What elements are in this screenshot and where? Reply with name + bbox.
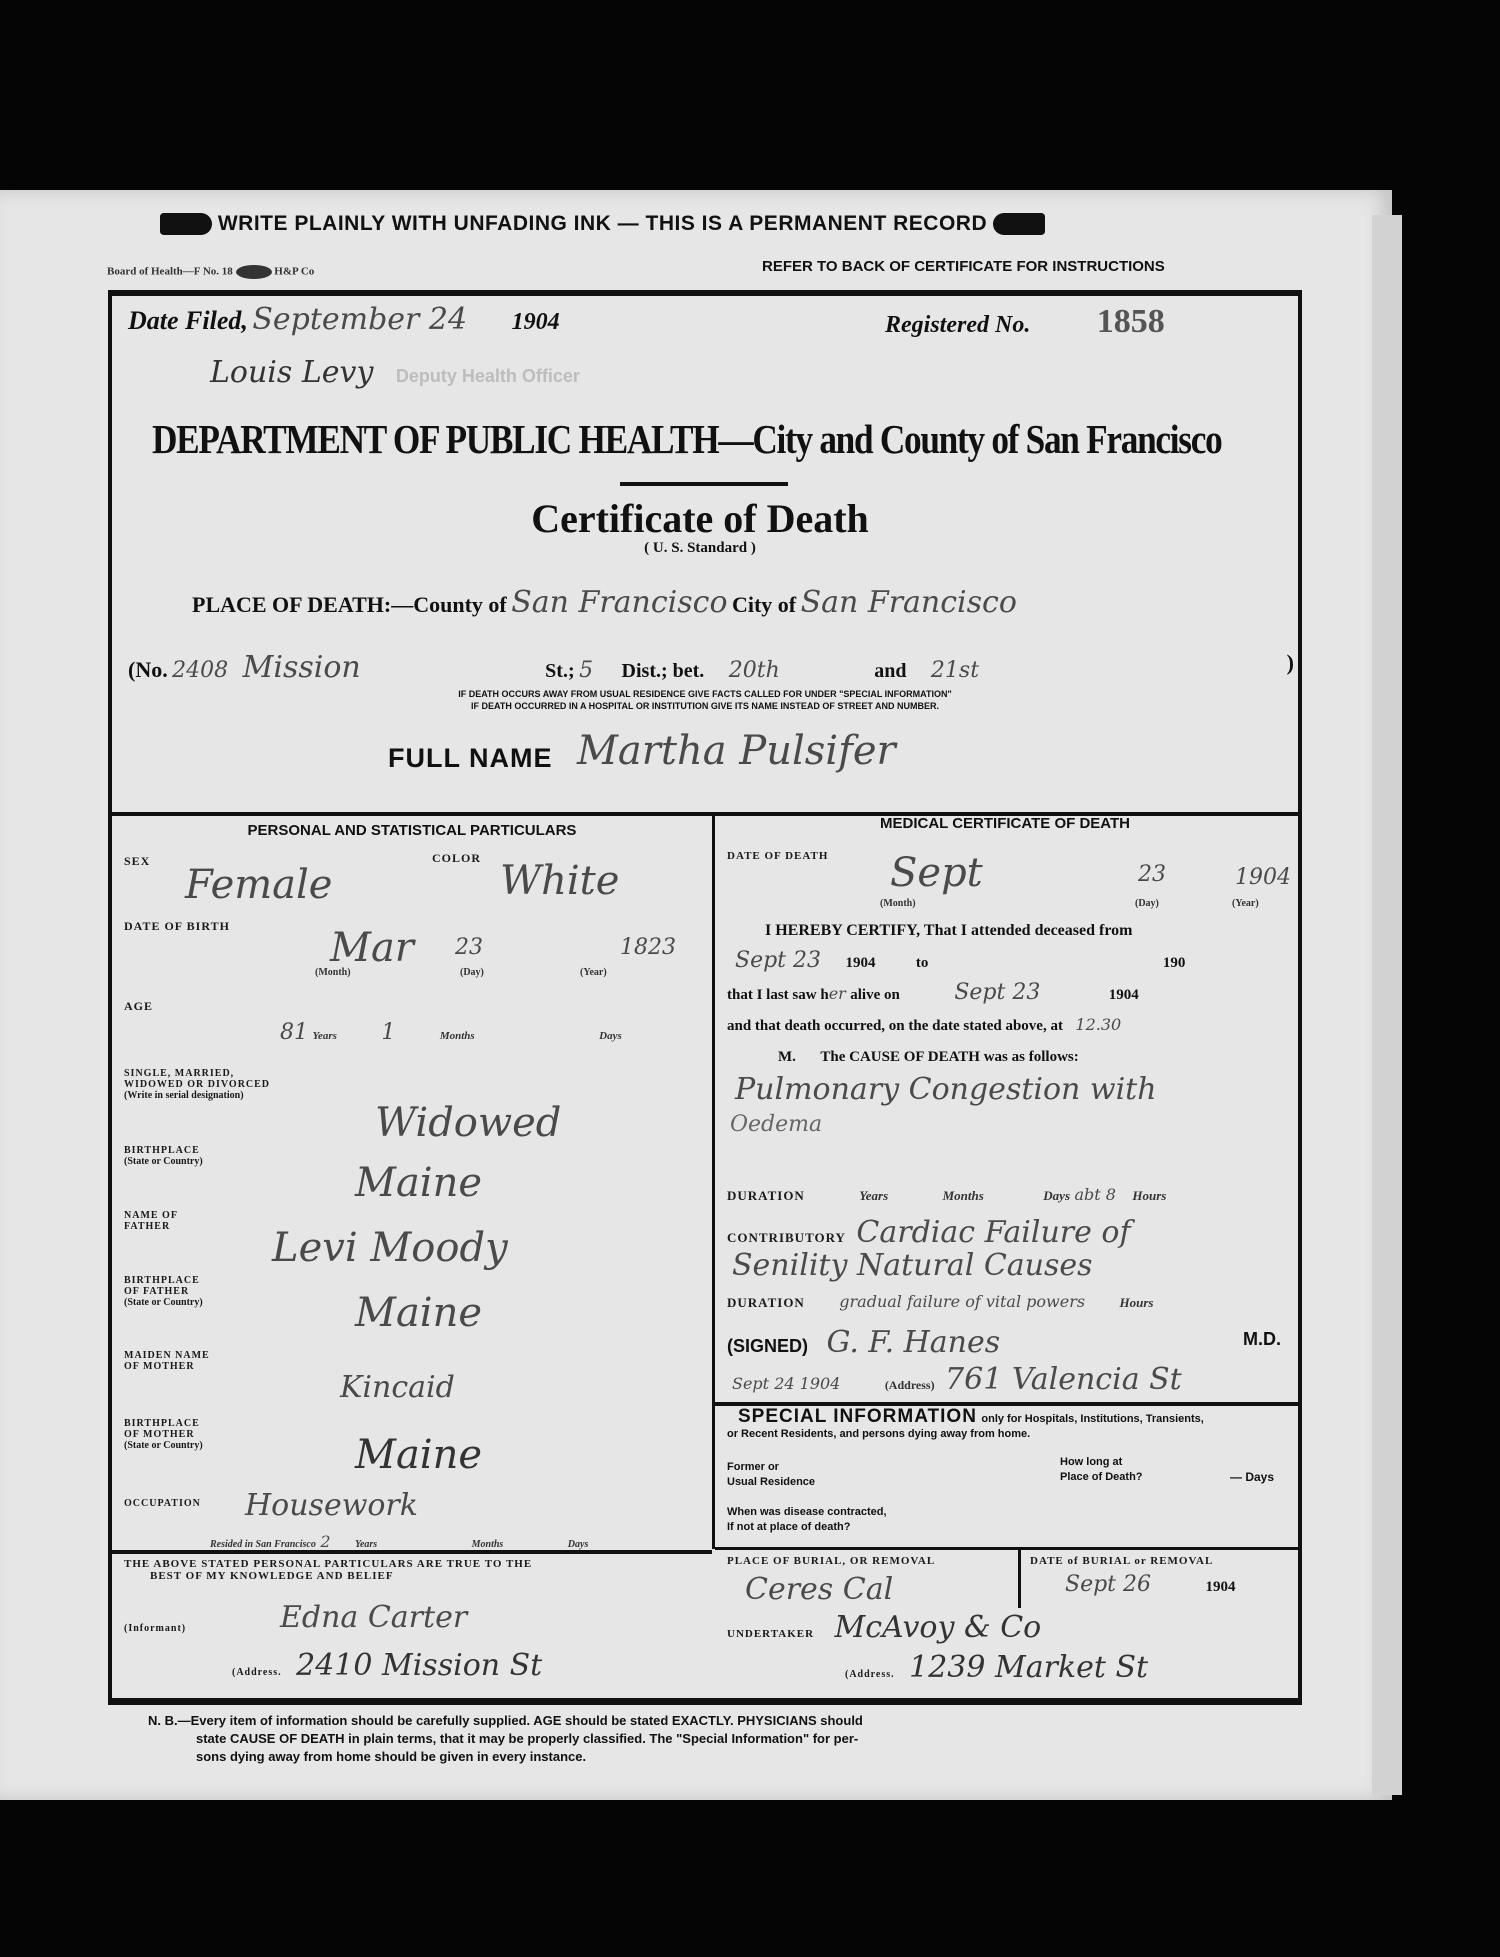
father-name-label: NAME OF FATHER	[124, 1210, 178, 1232]
undertaker: UNDERTAKER McAvoy & Co	[727, 1610, 1041, 1645]
cause-of-death-value-2: Oedema	[730, 1112, 822, 1137]
mother-name-value: Kincaid	[340, 1370, 455, 1405]
column-divider	[712, 814, 715, 1549]
burial-divider	[715, 1547, 1300, 1550]
physician-address-value: 761 Valencia St	[945, 1362, 1182, 1397]
marital-value: Widowed	[375, 1100, 561, 1146]
district-value: 5	[579, 658, 593, 683]
full-name: FULL NAME Martha Pulsifer	[388, 728, 896, 774]
form-id: Board of Health—F No. 18 H&P Co	[107, 265, 314, 279]
officer-title-stamp: Deputy Health Officer	[396, 366, 580, 386]
contributory-row: CONTRIBUTORY Cardiac Failure of	[727, 1215, 1131, 1250]
resided-years-value: 2	[320, 1532, 330, 1551]
attended-period: Sept 23 1904 to 190	[735, 948, 1185, 973]
title-divider	[620, 482, 788, 486]
cause-of-death-label: M. The CAUSE OF DEATH was as follows:	[778, 1048, 1079, 1066]
duration-row-2: DURATION gradual failure of vital powers…	[727, 1292, 1287, 1312]
contributory-value: Cardiac Failure of	[856, 1215, 1130, 1250]
duration-value: abt 8	[1074, 1185, 1115, 1204]
instructions-note: REFER TO BACK OF CERTIFICATE FOR INSTRUC…	[762, 258, 1165, 275]
color-value: White	[500, 858, 619, 904]
union-label-seal-icon	[236, 265, 272, 279]
place-note: IF DEATH OCCURS AWAY FROM USUAL RESIDENC…	[280, 688, 1130, 712]
last-seen-alive: that I last saw her alive on Sept 23 190…	[727, 980, 1139, 1005]
street-no-value: 2408	[172, 658, 228, 683]
informant-address-value: 2410 Mission St	[296, 1648, 542, 1683]
registered-number: Registered No. 1858	[885, 303, 1165, 341]
undertaker-address: (Address. 1239 Market St	[845, 1650, 1148, 1685]
physician-signature: (SIGNED) G. F. Hanes M.D.	[727, 1325, 1287, 1360]
date-filed-value: September 24	[252, 302, 467, 337]
street-value: Mission	[243, 650, 361, 685]
dod-day-value: 23	[1138, 862, 1166, 887]
banner: WRITE PLAINLY WITH UNFADING INK — THIS I…	[160, 212, 1260, 236]
undertaker-value: McAvoy & Co	[834, 1610, 1041, 1645]
cause-of-death-value: Pulmonary Congestion with	[735, 1072, 1157, 1107]
street-address: (No. 2408 Mission St.; 5 Dist.; bet. 20t…	[128, 650, 1298, 685]
father-birthplace-label: BIRTHPLACE OF FATHER (State or Country)	[124, 1275, 203, 1308]
mother-birthplace-value: Maine	[355, 1432, 482, 1478]
signed-date-value: Sept 24 1904	[732, 1374, 840, 1393]
dob-year-value: 1823	[620, 935, 676, 960]
attended-from-value: Sept 23	[735, 948, 821, 973]
age-value: 81 Years 1 Months Days	[280, 1020, 622, 1045]
burial-column-divider	[1018, 1548, 1021, 1608]
dod-label: DATE OF DEATH	[727, 850, 828, 863]
dod-month-value: Sept	[890, 850, 983, 896]
burial-date-value: Sept 26	[1065, 1572, 1151, 1597]
banner-text: WRITE PLAINLY WITH UNFADING INK — THIS I…	[218, 212, 987, 235]
marital-label: SINGLE, MARRIED, WIDOWED OR DIVORCED (Wr…	[124, 1068, 270, 1101]
duration-row: DURATION Years Months Days abt 8 Hours	[727, 1185, 1287, 1205]
informant-label: (Informant)	[124, 1622, 186, 1635]
residence-duration: Resided in San Francisco 2 Years Months …	[210, 1532, 588, 1552]
color-label: COLOR	[432, 852, 481, 865]
disease-contracted-label: When was disease contracted, If not at p…	[727, 1505, 887, 1535]
certificate-title: Certificate of Death	[0, 495, 1400, 542]
time-of-death: and that death occurred, on the date sta…	[727, 1015, 1121, 1035]
footer-note: N. B.—Every item of information should b…	[148, 1712, 863, 1766]
informant-attestation: THE ABOVE STATED PERSONAL PARTICULARS AR…	[124, 1558, 532, 1582]
certificate-standard: ( U. S. Standard )	[0, 540, 1400, 557]
city-value: San Francisco	[801, 585, 1017, 620]
occupation-label: OCCUPATION	[124, 1497, 201, 1510]
cross-street-1: 20th	[729, 658, 780, 683]
burial-date: Sept 26 1904	[1065, 1572, 1235, 1597]
burial-date-label: DATE of BURIAL or REMOVAL	[1030, 1555, 1213, 1568]
certify-statement: I HEREBY CERTIFY, That I attended deceas…	[765, 922, 1132, 940]
registered-no-value: 1858	[1097, 303, 1165, 340]
place-of-death: PLACE OF DEATH:—County of San Francisco …	[192, 585, 1017, 620]
personal-heading: PERSONAL AND STATISTICAL PARTICULARS	[112, 822, 712, 839]
sex-value: Female	[185, 862, 332, 908]
county-value: San Francisco	[511, 585, 727, 620]
date-filed: Date Filed, September 24 1904	[128, 302, 560, 337]
physician-address: Sept 24 1904 (Address) 761 Valencia St	[732, 1362, 1182, 1397]
cross-street-2: 21st	[931, 658, 979, 683]
burial-place-value: Ceres Cal	[745, 1572, 893, 1607]
informant-address: (Address. 2410 Mission St	[232, 1648, 542, 1683]
father-birthplace-value: Maine	[355, 1290, 482, 1336]
age-label: AGE	[124, 1000, 153, 1013]
mother-birthplace-label: BIRTHPLACE OF MOTHER (State or Country)	[124, 1418, 203, 1451]
mother-name-label: MAIDEN NAME OF MOTHER	[124, 1350, 210, 1372]
burial-place-label: PLACE OF BURIAL, OR REMOVAL	[727, 1555, 935, 1568]
medical-heading: MEDICAL CERTIFICATE OF DEATH	[715, 815, 1295, 832]
officer-signature: Louis Levy	[210, 355, 373, 390]
last-seen-date-value: Sept 23	[954, 980, 1040, 1005]
how-long-label: How long at Place of Death?	[1060, 1455, 1143, 1485]
birthplace-label: BIRTHPLACE (State or Country)	[124, 1145, 203, 1167]
dob-day-value: 23	[455, 935, 483, 960]
occupation-value: Housework	[245, 1488, 418, 1523]
informant-name-value: Edna Carter	[280, 1600, 467, 1635]
full-name-value: Martha Pulsifer	[577, 728, 896, 774]
father-name-value: Levi Moody	[272, 1225, 508, 1271]
undertaker-address-value: 1239 Market St	[909, 1650, 1148, 1685]
department-title: DEPARTMENT OF PUBLIC HEALTH—City and Cou…	[152, 415, 1221, 463]
pointing-hand-icon	[993, 213, 1045, 235]
dob-month-value: Mar	[330, 925, 414, 971]
physician-signature-value: G. F. Hanes	[826, 1325, 1000, 1360]
death-time-value: 12.30	[1075, 1015, 1121, 1034]
special-info-heading: SPECIAL INFORMATION only for Hospitals, …	[738, 1406, 1204, 1428]
informant-divider	[112, 1550, 712, 1554]
health-officer: Louis Levy Deputy Health Officer	[210, 355, 580, 390]
sex-label: SEX	[124, 855, 150, 868]
pointing-hand-icon	[160, 213, 212, 235]
page-edge	[1372, 215, 1402, 1795]
birthplace-value: Maine	[355, 1160, 482, 1206]
contributory-value-2: Senility Natural Causes	[732, 1248, 1093, 1283]
date-filed-year: 1904	[512, 309, 560, 335]
former-residence-label: Former or Usual Residence	[727, 1460, 815, 1490]
dod-year-value: 1904	[1235, 865, 1291, 890]
dob-label: DATE OF BIRTH	[124, 920, 230, 933]
duration-2-value: gradual failure of vital powers	[839, 1292, 1085, 1311]
